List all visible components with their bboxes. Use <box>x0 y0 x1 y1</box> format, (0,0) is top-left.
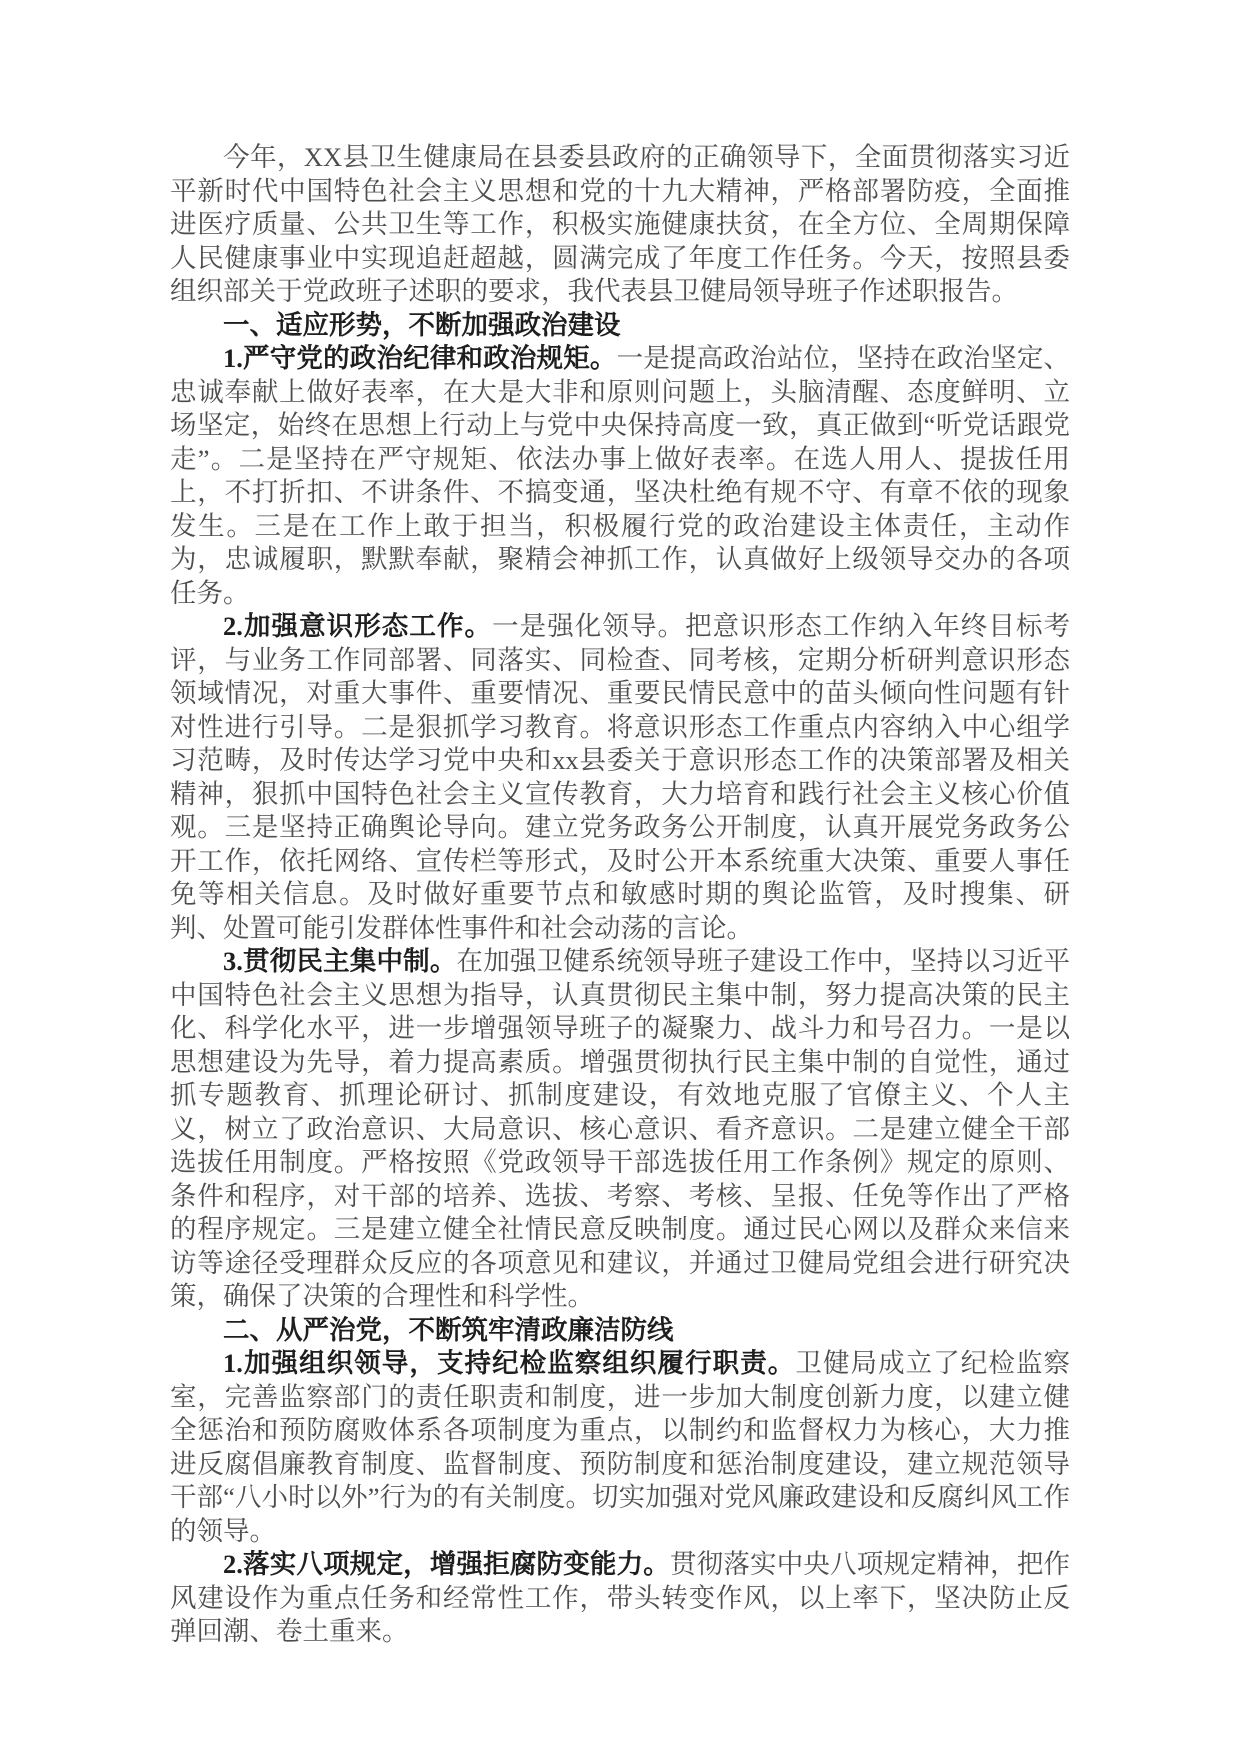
body-text: 一是强化领导。把意识形态工作纳入年终目标考评，与业务工作同部署、同落实、同检查、… <box>170 611 1070 943</box>
paragraph-intro: 今年，XX县卫生健康局在县委县政府的正确领导下，全面贯彻落实习近平新时代中国特色… <box>170 141 1070 309</box>
paragraph-political-discipline: 1.严守党的政治纪律和政治规矩。一是提高政治站位，坚持在政治坚定、忠诚奉献上做好… <box>170 342 1070 610</box>
heading-text: 一、适应形势，不断加强政治建设 <box>223 310 621 340</box>
run-in-heading: 2.落实八项规定，增强拒腐防变能力。 <box>223 1549 670 1579</box>
run-in-heading: 1.严守党的政治纪律和政治规矩。 <box>223 343 617 373</box>
section-heading-2: 二、从严治党，不断筑牢清政廉洁防线 <box>170 1314 1070 1348</box>
run-in-heading: 1.加强组织领导，支持纪检监察组织履行职责。 <box>223 1348 795 1378</box>
body-text: 一是提高政治站位，坚持在政治坚定、忠诚奉献上做好表率，在大是大非和原则问题上，头… <box>170 343 1070 608</box>
document-page: 今年，XX县卫生健康局在县委县政府的正确领导下，全面贯彻落实习近平新时代中国特色… <box>0 0 1240 1754</box>
paragraph-democratic-centralism: 3.贯彻民主集中制。在加强卫健系统领导班子建设工作中，坚持以习近平中国特色社会主… <box>170 945 1070 1314</box>
run-in-heading: 2.加强意识形态工作。 <box>223 611 492 641</box>
section-heading-1: 一、适应形势，不断加强政治建设 <box>170 309 1070 343</box>
run-in-heading: 3.贯彻民主集中制。 <box>223 946 457 976</box>
body-text: 在加强卫健系统领导班子建设工作中，坚持以习近平中国特色社会主义思想为指导，认真贯… <box>170 946 1070 1311</box>
paragraph-discipline-inspection: 1.加强组织领导，支持纪检监察组织履行职责。卫健局成立了纪检监察室，完善监察部门… <box>170 1347 1070 1548</box>
heading-text: 二、从严治党，不断筑牢清政廉洁防线 <box>223 1315 674 1345</box>
paragraph-eight-point-rules: 2.落实八项规定，增强拒腐防变能力。贯彻落实中央八项规定精神，把作风建设作为重点… <box>170 1548 1070 1649</box>
body-text: 今年，XX县卫生健康局在县委县政府的正确领导下，全面贯彻落实习近平新时代中国特色… <box>170 142 1070 306</box>
paragraph-ideology-work: 2.加强意识形态工作。一是强化领导。把意识形态工作纳入年终目标考评，与业务工作同… <box>170 610 1070 945</box>
